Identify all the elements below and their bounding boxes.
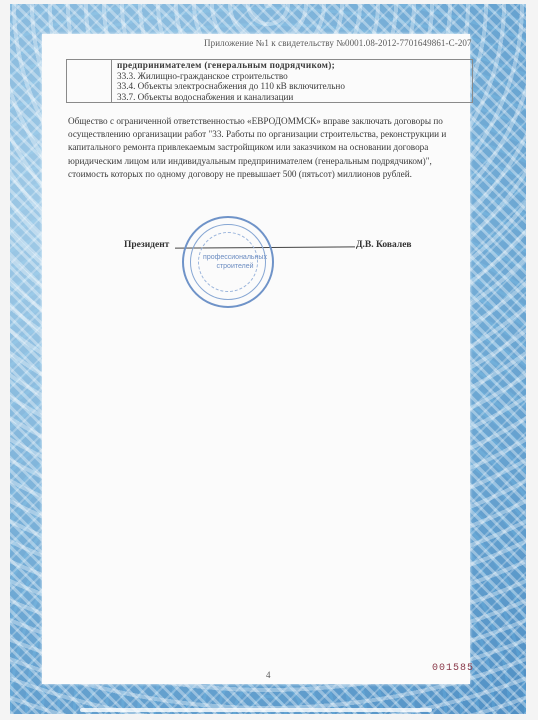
table-empty-column [67, 60, 112, 102]
footer-microtext-band [80, 708, 432, 712]
signatory-title: Президент [124, 240, 169, 250]
table-row: 33.7. Объекты водоснабжения и канализаци… [117, 92, 345, 103]
table-row: 33.4. Объекты электроснабжения до 110 кВ… [117, 81, 345, 92]
table-content-column: предпринимателем (генеральным подрядчико… [117, 60, 345, 102]
page-number: 4 [266, 670, 271, 680]
table-row: предпринимателем (генеральным подрядчико… [117, 60, 345, 71]
serial-number: 001585 [432, 663, 474, 674]
signatory-name: Д.В. Ковалев [356, 240, 412, 250]
work-types-table: предпринимателем (генеральным подрядчико… [66, 59, 473, 103]
stamp-text: профессиональных строителей [195, 253, 275, 271]
main-paragraph: Общество с ограниченной ответственностью… [68, 115, 468, 181]
table-row: 33.3. Жилищно-гражданское строительство [117, 71, 345, 82]
appendix-header: Приложение №1 к свидетельству №0001.08-2… [204, 38, 504, 48]
